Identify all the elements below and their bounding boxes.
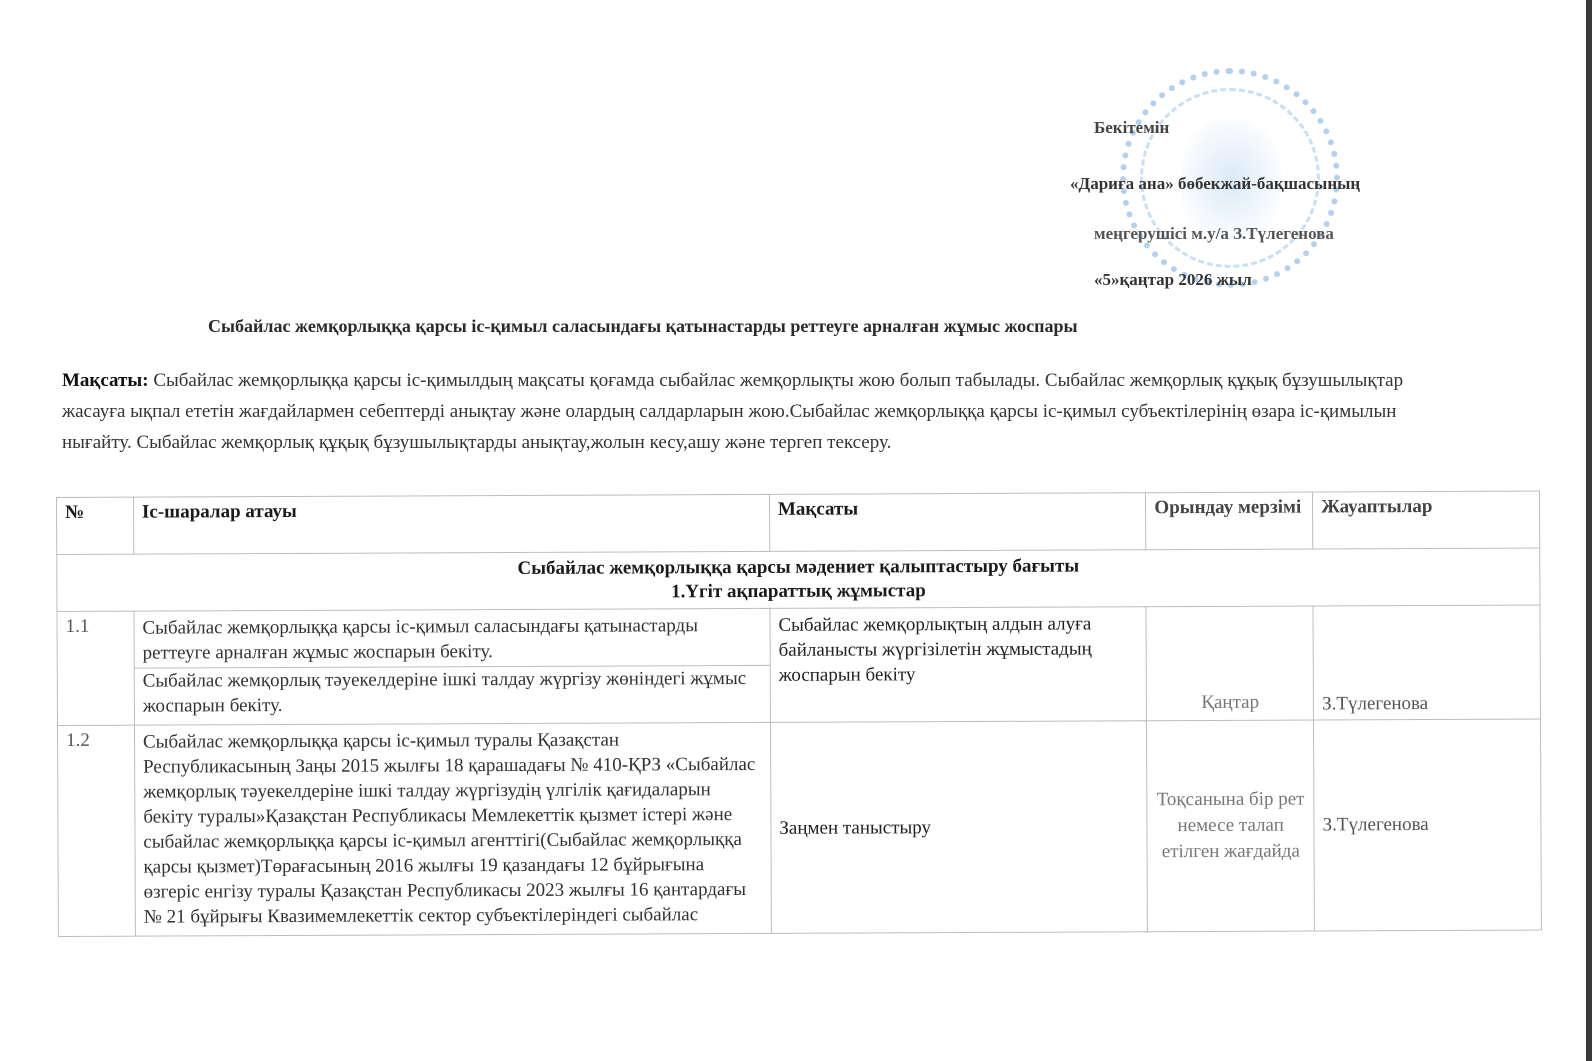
goal-text: Сыбайлас жемқорлыққа қарсы іс-қимылдың м…	[62, 370, 1403, 453]
activity-item: Сыбайлас жемқорлыққа қарсы іс-қимыл тура…	[135, 727, 771, 932]
row-responsible: З.Түлегенова	[1314, 719, 1542, 931]
row-deadline: Қаңтар	[1146, 606, 1313, 721]
header-deadline: Орындау мерзімі	[1146, 492, 1313, 550]
header-responsible: Жауаптылар	[1313, 491, 1540, 549]
activity-item: Сыбайлас жемқорлық тәуекелдеріне ішкі та…	[135, 666, 770, 721]
header-number: №	[57, 497, 134, 554]
approval-line-approve: Бекітемін	[1094, 118, 1169, 138]
approval-line-organization: «Дариға ана» бөбекжай-бақшасының	[1070, 174, 1360, 194]
approval-line-date: «5»қаңтар 2026 жыл	[1094, 270, 1252, 290]
section-heading: Сыбайлас жемқорлыққа қарсы мәдениет қалы…	[57, 548, 1540, 611]
document-title: Сыбайлас жемқорлыққа қарсы іс-қимыл сала…	[208, 316, 1078, 337]
table-row: 1.2 Сыбайлас жемқорлыққа қарсы іс-қимыл …	[57, 719, 1541, 936]
section-header-row: Сыбайлас жемқорлыққа қарсы мәдениет қалы…	[57, 548, 1540, 611]
work-plan-table: № Іс-шаралар атауы Мақсаты Орындау мерзі…	[56, 491, 1542, 937]
row-deadline: Тоқсанына бір рет немесе талап етілген ж…	[1147, 720, 1315, 932]
goal-label: Мақсаты:	[62, 370, 149, 391]
row-number: 1.2	[57, 725, 135, 936]
goal-paragraph: Мақсаты: Сыбайлас жемқорлыққа қарсы іс-қ…	[62, 365, 1442, 458]
row-activity: Сыбайлас жемқорлыққа қарсы іс-қимыл тура…	[134, 722, 771, 936]
header-goal: Мақсаты	[769, 493, 1146, 552]
row-number: 1.1	[57, 611, 134, 725]
row-responsible: З.Түлегенова	[1313, 605, 1540, 720]
approval-line-head: меңгерушісі м.у/а З.Түлегенова	[1094, 224, 1334, 244]
row-activity: Сыбайлас жемқорлыққа қарсы іс-қимыл сала…	[134, 608, 770, 725]
section-subtitle: 1.Үгіт ақпараттық жұмыстар	[65, 577, 1531, 607]
row-goal: Заңмен таныстыру	[770, 721, 1147, 934]
activity-item: Сыбайлас жемқорлыққа қарсы іс-қимыл сала…	[134, 613, 769, 669]
row-goal: Сыбайлас жемқорлықтың алдын алуға байлан…	[770, 607, 1147, 723]
header-activity-name: Іс-шаралар атауы	[133, 494, 769, 554]
table-row: 1.1 Сыбайлас жемқорлыққа қарсы іс-қимыл …	[57, 605, 1540, 725]
table-header-row: № Іс-шаралар атауы Мақсаты Орындау мерзі…	[57, 491, 1540, 554]
scan-edge-strip	[1586, 0, 1592, 1061]
